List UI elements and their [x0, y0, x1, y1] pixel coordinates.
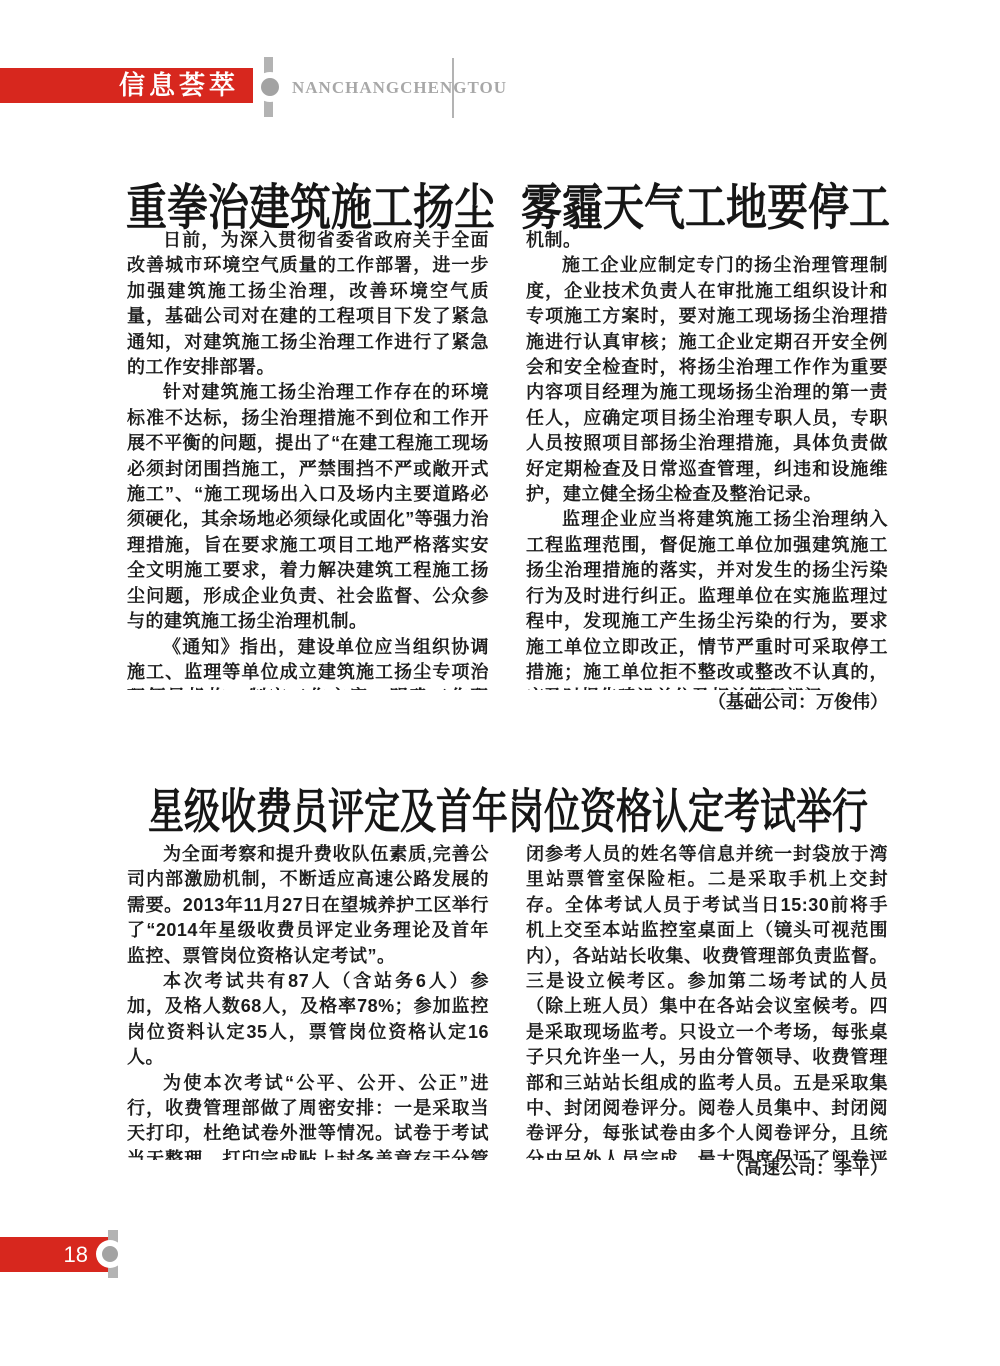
article2-column-right: 闭参考人员的姓名等信息并统一封袋放于湾里站票管室保险柜。二是采取手机上交封存。全…	[526, 842, 888, 1160]
paragraph-continuation: 机制。	[526, 228, 888, 253]
article1-column-right: 机制。 施工企业应制定专门的扬尘治理管理制度，企业技术负责人在审批施工组织设计和…	[526, 228, 888, 690]
article1-title: 重拳治建筑施工扬尘 雾霾天气工地要停工	[120, 170, 896, 237]
article2-byline: （高速公司：李平）	[127, 1154, 888, 1180]
article1-byline: （基础公司：万俊伟）	[127, 688, 888, 714]
masthead-brand: NANCHANGCHENGTOU	[292, 78, 507, 98]
magazine-page: 信息荟萃 NANCHANGCHENGTOU 重拳治建筑施工扬尘 雾霾天气工地要停…	[0, 0, 1000, 1366]
article2-column-left: 为全面考察和提升费收队伍素质,完善公司内部激励机制，不断适应高速公路发展的需要。…	[127, 842, 489, 1160]
paragraph: 监理企业应当将建筑施工扬尘治理纳入工程监理范围，督促施工单位加强建筑施工扬尘治理…	[526, 507, 888, 690]
masthead-dot-icon	[255, 72, 285, 102]
page-number-band: 18	[0, 1237, 108, 1272]
article2-title-text: 星级收费员评定及首年岗位资格认定考试举行	[148, 774, 868, 841]
paragraph: 本次考试共有87人（含站务6人）参加，及格人数68人，及格率78%；参加监控岗位…	[127, 969, 489, 1071]
section-label: 信息荟萃	[119, 70, 239, 100]
paragraph-continuation: 闭参考人员的姓名等信息并统一封袋放于湾里站票管室保险柜。二是采取手机上交封存。全…	[526, 842, 888, 1160]
article1-body: 日前，为深入贯彻省委省政府关于全面改善城市环境空气质量的工作部署，进一步加强建筑…	[127, 228, 888, 690]
paragraph: 日前，为深入贯彻省委省政府关于全面改善城市环境空气质量的工作部署，进一步加强建筑…	[127, 228, 489, 380]
paragraph: 为使本次考试“公平、公开、公正”进行，收费管理部做了周密安排：一是采取当天打印，…	[127, 1071, 489, 1160]
paragraph: 《通知》指出，建设单位应当组织协调施工、监理等单位成立建筑施工扬尘专项治理领导机…	[127, 635, 489, 691]
article2-body: 为全面考察和提升费收队伍素质,完善公司内部激励机制，不断适应高速公路发展的需要。…	[127, 842, 888, 1160]
section-banner: 信息荟萃	[0, 68, 253, 103]
paragraph: 为全面考察和提升费收队伍素质,完善公司内部激励机制，不断适应高速公路发展的需要。…	[127, 842, 489, 969]
paragraph: 施工企业应制定专门的扬尘治理管理制度，企业技术负责人在审批施工组织设计和专项施工…	[526, 253, 888, 507]
masthead-end-rule	[452, 58, 454, 118]
article1-column-left: 日前，为深入贯彻省委省政府关于全面改善城市环境空气质量的工作部署，进一步加强建筑…	[127, 228, 489, 690]
page-number-dot-icon	[96, 1240, 124, 1268]
article2-title: 星级收费员评定及首年岗位资格认定考试举行	[120, 771, 896, 845]
paragraph: 针对建筑施工扬尘治理工作存在的环境标准不达标，扬尘治理措施不到位和工作开展不平衡…	[127, 380, 489, 634]
page-number: 18	[64, 1242, 88, 1267]
